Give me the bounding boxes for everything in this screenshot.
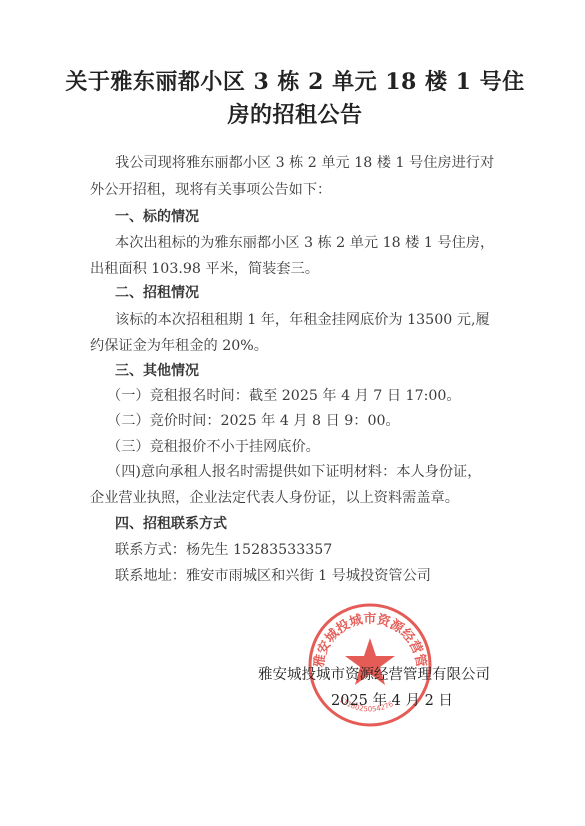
contact-person: 联系方式：杨先生 15283533357 xyxy=(115,540,332,560)
section-3-line-5: 企业营业执照，企业法定代表人身份证，以上资料需盖章。 xyxy=(90,488,459,508)
section-1-line-1: 本次出租标的为雅东丽都小区 3 栋 2 单元 18 楼 1 号住房， xyxy=(115,233,494,253)
signature-company: 雅安城投城市资源经营管理有限公司 xyxy=(258,663,490,684)
section-3-line-3: （三）竞租报价不小于挂网底价。 xyxy=(107,437,320,457)
section-3-line-2: （二）竞价时间：2025 年 4 月 8 日 9：00。 xyxy=(107,411,400,431)
intro-line-1: 我公司现将雅东丽都小区 3 栋 2 单元 18 楼 1 号住房进行对 xyxy=(115,153,494,173)
section-3-line-4: （四)意向承租人报名时需提供如下证明材料：本人身份证， xyxy=(107,462,481,482)
contact-address: 联系地址：雅安市雨城区和兴街 1 号城投资管公司 xyxy=(115,566,431,586)
section-3-line-1: （一）竞租报名时间：截至 2025 年 4 月 7 日 17:00。 xyxy=(107,386,461,406)
title-line-2: 房的招租公告 xyxy=(60,99,530,132)
section-2-line-2: 约保证金为年租金的 20%。 xyxy=(90,336,268,356)
page-title: 关于雅东丽都小区 3 栋 2 单元 18 楼 1 号住 房的招租公告 xyxy=(60,66,530,132)
section-heading-1: 一、标的情况 xyxy=(115,207,199,227)
section-1-line-2: 出租面积 103.98 平米，简装套三。 xyxy=(90,259,319,279)
intro-line-2: 外公开招租，现将有关事项公告如下： xyxy=(90,180,331,200)
section-heading-4: 四、招租联系方式 xyxy=(115,514,227,534)
section-2-line-1: 该标的本次招租租期 1 年，年租金挂网底价为 13500 元,履 xyxy=(115,310,490,330)
section-heading-2: 二、招租情况 xyxy=(115,283,199,303)
section-heading-3: 三、其他情况 xyxy=(115,361,199,381)
signature-date: 2025 年 4 月 2 日 xyxy=(331,689,453,710)
title-line-1: 关于雅东丽都小区 3 栋 2 单元 18 楼 1 号住 xyxy=(60,66,530,99)
